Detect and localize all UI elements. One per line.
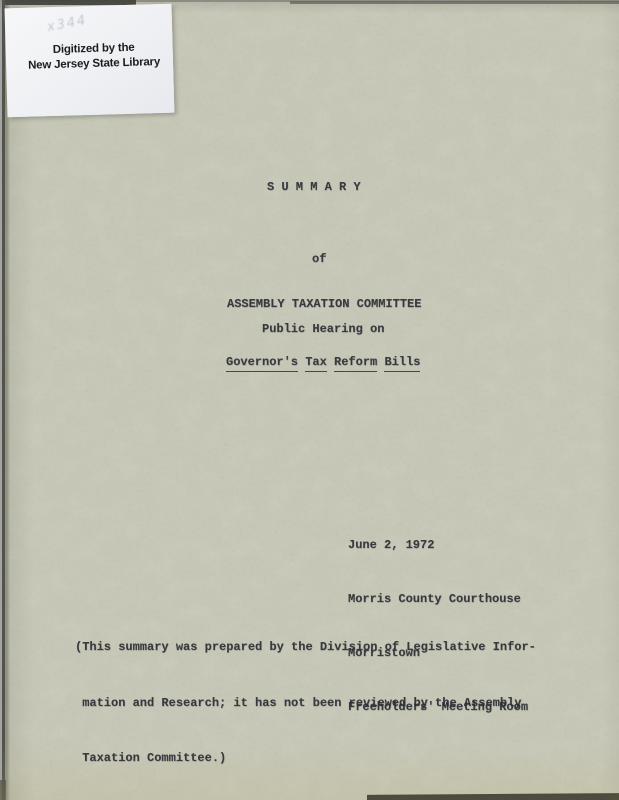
disclaimer-line: Taxation Committee.) bbox=[75, 749, 536, 768]
bill-title-word: Bills bbox=[384, 355, 420, 372]
scan-edge-bottom-left bbox=[0, 780, 6, 800]
disclaimer-line: mation and Research; it has not been rev… bbox=[75, 694, 536, 713]
bill-title-word: Tax bbox=[305, 355, 327, 372]
disclaimer-line: (This summary was prepared by the Divisi… bbox=[75, 638, 536, 657]
bill-title-word: Reform bbox=[334, 355, 377, 372]
handwritten-mark: x344 bbox=[46, 13, 89, 35]
scan-edge-left bbox=[0, 0, 10, 800]
bill-title-word: Governor's bbox=[226, 355, 298, 372]
scanned-document-page: x344 Digitized by the New Jersey State L… bbox=[0, 0, 619, 800]
library-sticker-text: Digitized by the New Jersey State Librar… bbox=[6, 40, 174, 75]
title-connector-of: of bbox=[312, 252, 326, 266]
bill-title: Governor's Tax Reform Bills bbox=[226, 355, 420, 369]
event-date: June 2, 1972 bbox=[348, 536, 528, 554]
scan-edge-top-mid bbox=[290, 1, 619, 4]
hearing-type: Public Hearing on bbox=[262, 322, 384, 336]
committee-name: ASSEMBLY TAXATION COMMITTEE bbox=[227, 297, 421, 311]
disclaimer-note: (This summary was prepared by the Divisi… bbox=[75, 601, 536, 800]
document-title: S U M M A R Y bbox=[267, 180, 361, 194]
library-sticker: x344 Digitized by the New Jersey State L… bbox=[5, 4, 175, 118]
sticker-line-2: New Jersey State Library bbox=[15, 55, 173, 74]
